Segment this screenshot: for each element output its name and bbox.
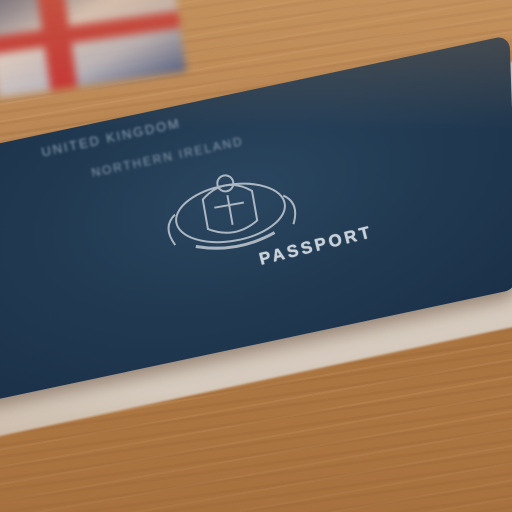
union-jack-flag xyxy=(0,0,186,98)
wooden-table-background: UNITED KINGDOM NORTHERN IRELAND PASSPORT xyxy=(0,0,512,512)
